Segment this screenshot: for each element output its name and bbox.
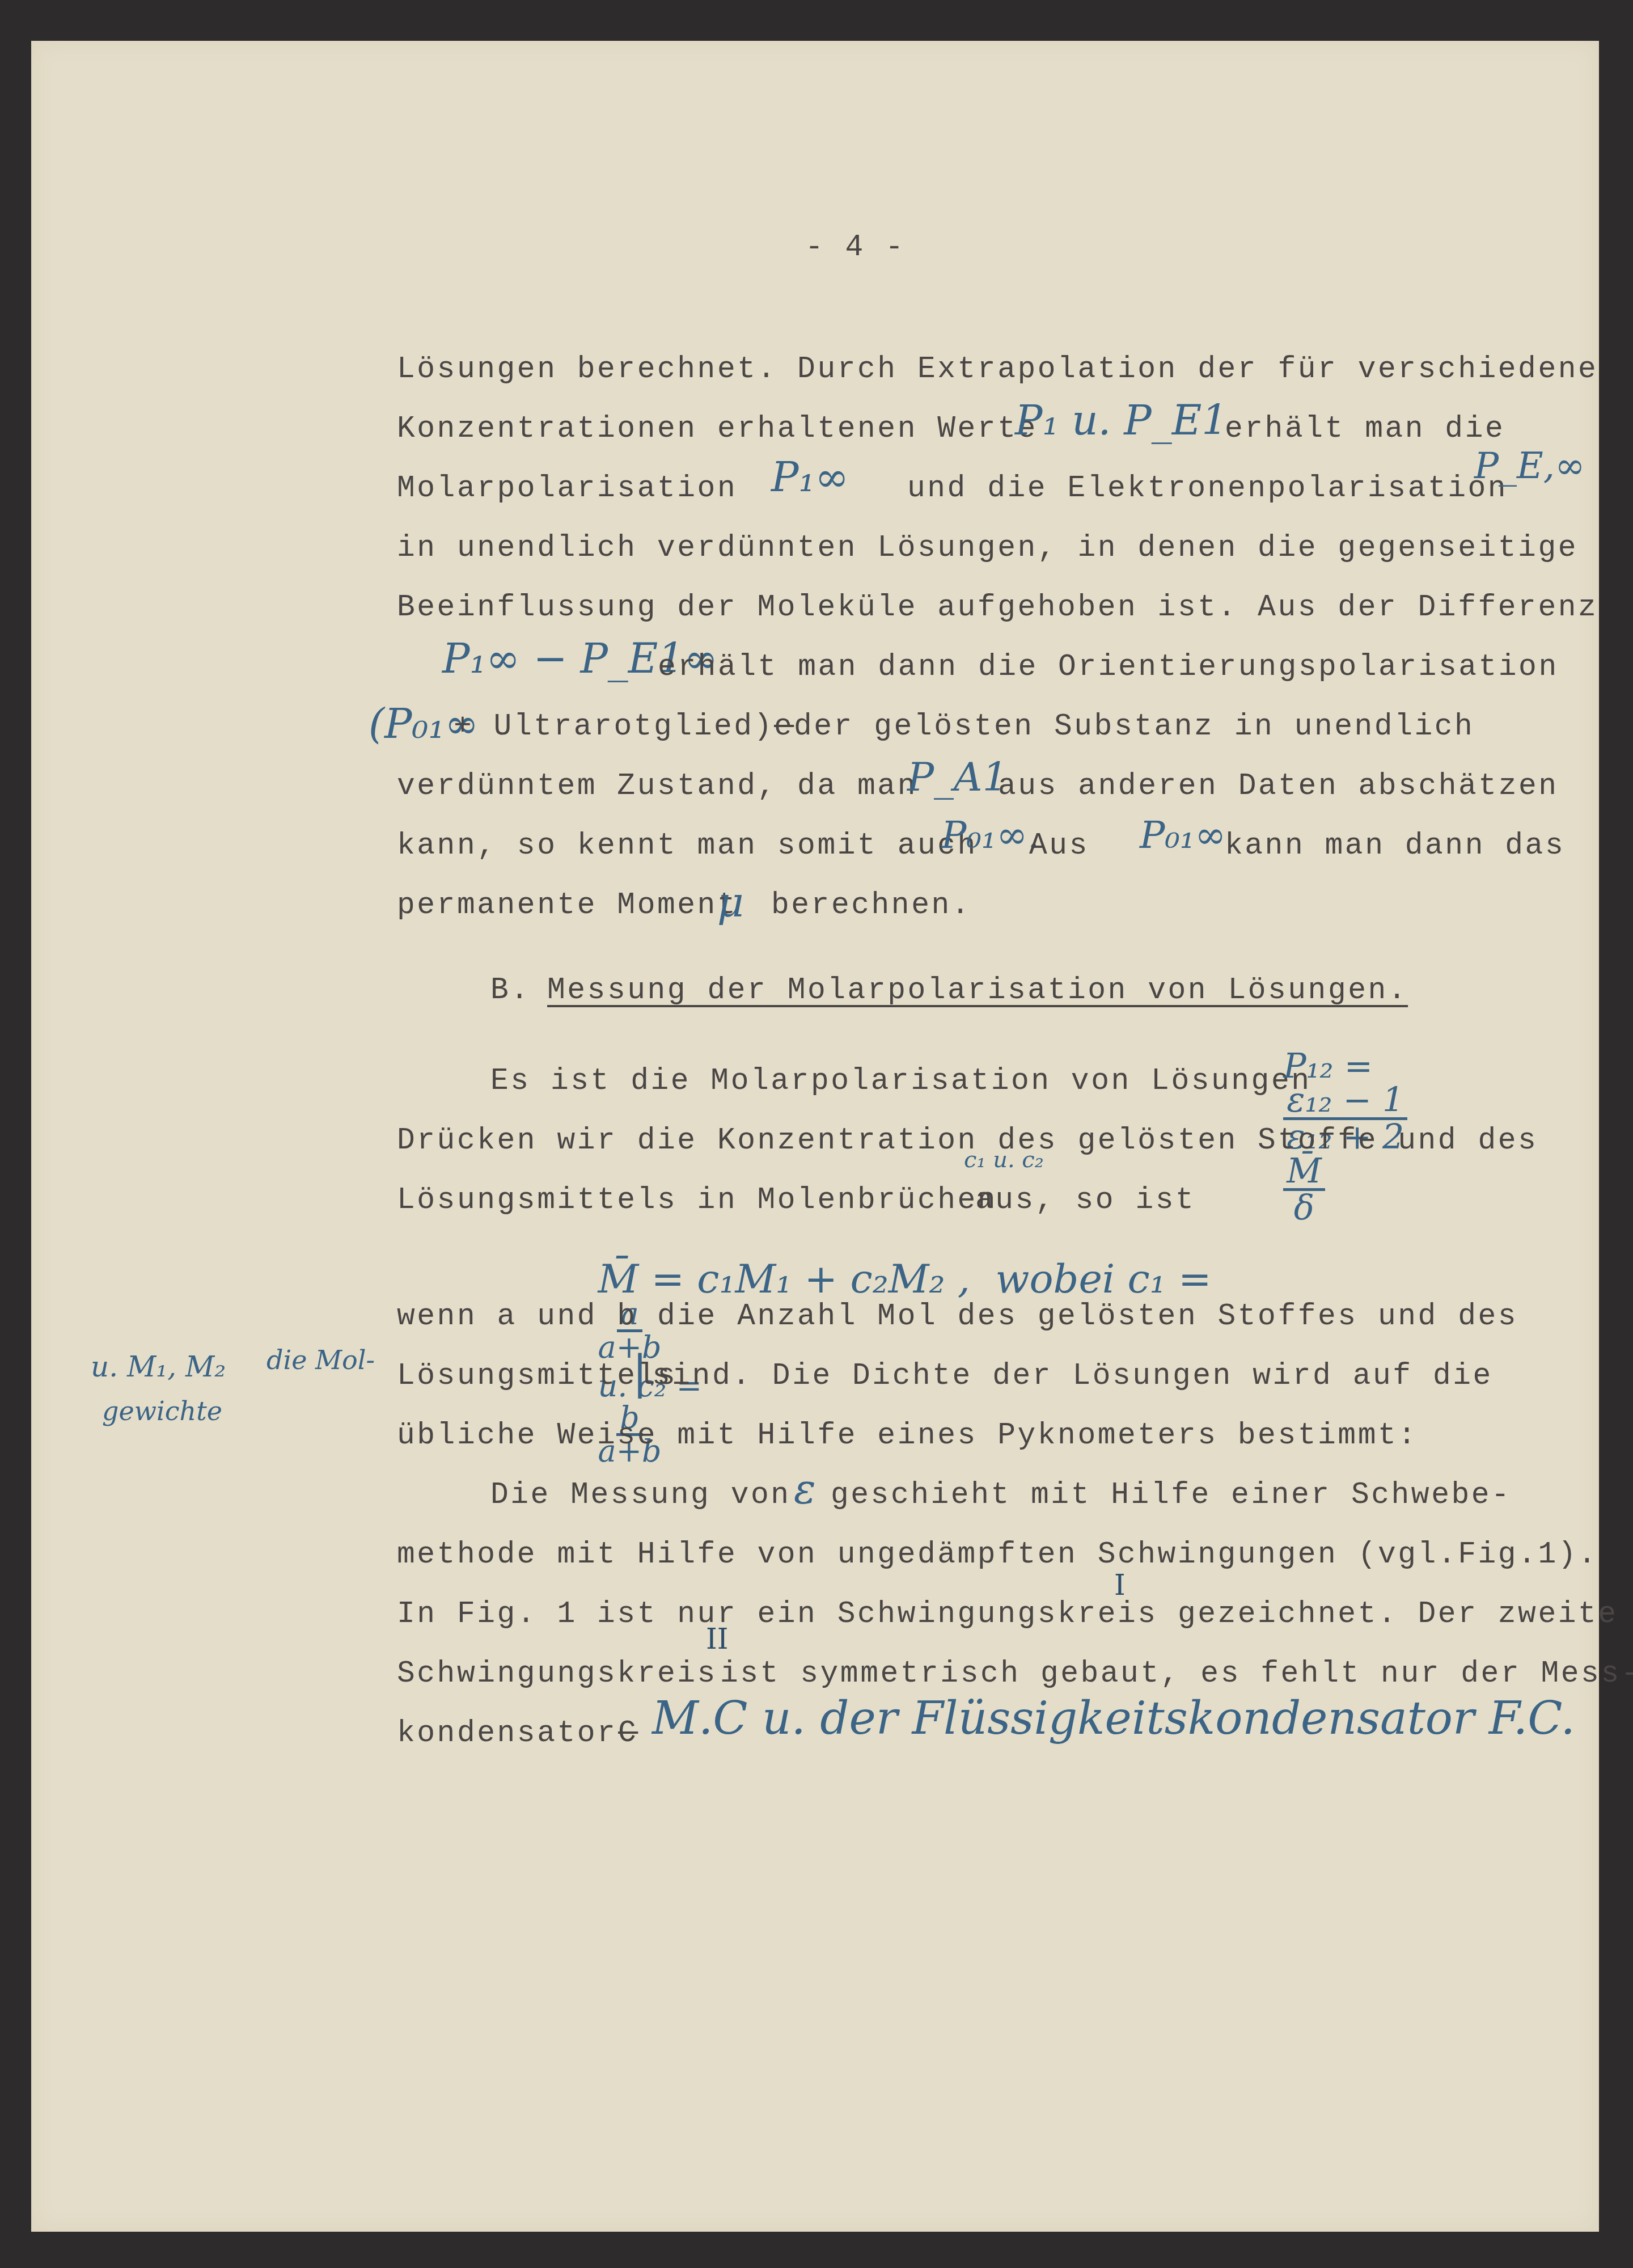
formula-P12-num: ε₁₂ − 1 xyxy=(1283,1083,1407,1120)
text-line-3b: und die Elektronenpolarisation xyxy=(907,474,1508,504)
text-line-4: in unendlich verdünnten Lösungen, in den… xyxy=(397,533,1578,563)
text-line-3a: Molarpolarisation xyxy=(397,474,737,504)
handwritten-epsilon: ε xyxy=(794,1469,816,1510)
insert-c1c2: c₁ u. c₂ xyxy=(964,1148,1044,1171)
handwritten-PA1: P_A1 xyxy=(907,757,1008,797)
insert-II: II xyxy=(706,1625,729,1653)
formula-P12: P₁₂ = ε₁₂ − 1 ε₁₂ + 2 M̄ δ xyxy=(1262,1015,1407,1225)
text-line-2a: Konzentrationen erhaltenen Werte xyxy=(397,414,1038,444)
formula-M-a-den: a+b xyxy=(598,1332,662,1363)
handwritten-P0inf-b: P₀₁∞ xyxy=(1140,817,1226,854)
text-line-6: erhält man dann die Orientierungspolaris… xyxy=(658,652,1559,682)
insert-I: I xyxy=(1114,1571,1126,1599)
formula-P12-mden: δ xyxy=(1294,1191,1314,1225)
formula-M-expr: M̄ = c₁M₁ + c₂M₂ , wobei c₁ = xyxy=(598,1256,1212,1302)
handwritten-P1-PE1: P₁ u. P_E1 xyxy=(1015,400,1228,441)
text-b-line-7a: Die Messung von xyxy=(490,1480,791,1510)
handwritten-ending: M.C u. der Flüssigkeitskondensator F.C. xyxy=(652,1696,1575,1741)
text-b-line-1: Es ist die Molarpolarisation von Lösunge… xyxy=(490,1066,1312,1096)
text-b-line-9: In Fig. 1 ist nur ein Schwingungskreis g… xyxy=(397,1599,1618,1629)
section-b-title: Messung der Molarpolarisation von Lösung… xyxy=(547,975,1408,1006)
text-b-line-11: kondensator xyxy=(397,1718,617,1748)
text-b-line-5b: sind. Die Dichte der Lösungen wird auf d… xyxy=(652,1361,1493,1391)
text-line-2b: erhält man die xyxy=(1225,414,1505,444)
text-b-line-3b: aus, so ist xyxy=(975,1185,1195,1215)
text-line-10b: berechnen. xyxy=(771,890,971,920)
text-b-line-10b: ist symmetrisch gebaut, es fehlt nur der… xyxy=(720,1659,1633,1689)
text-line-7a: + Ultrarotglied) xyxy=(454,712,774,742)
formula-P12-mnum: M̄ xyxy=(1283,1154,1325,1191)
margin-note-line1b: die Mol- xyxy=(266,1347,375,1373)
handwritten-PEinf: P_E,∞ xyxy=(1474,448,1585,484)
margin-note-line2: gewichte xyxy=(102,1398,222,1424)
section-b-prefix: B. xyxy=(490,975,531,1006)
text-b-line-6: übliche Weise mit Hilfe eines Pyknometer… xyxy=(397,1421,1418,1451)
text-line-10a: permanente Moment xyxy=(397,890,737,920)
text-line-8b: aus anderen Daten abschätzen xyxy=(998,771,1559,801)
text-b-line-8: methode mit Hilfe von ungedämpften Schwi… xyxy=(397,1540,1598,1570)
margin-note-line1a: u. M₁, M₂ xyxy=(91,1353,226,1381)
text-line-9b: Aus xyxy=(1029,831,1089,861)
text-line-1: Lösungen berechnet. Durch Extrapolation … xyxy=(397,354,1598,385)
text-line-5: Beeinflussung der Moleküle aufgehoben is… xyxy=(397,593,1598,623)
text-line-7b: der gelösten Substanz in unendlich xyxy=(794,712,1474,742)
text-b-line-3a: Lösungsmittels in Molenbrüchen xyxy=(397,1185,997,1215)
handwritten-P0inf-a: P₀₁∞. xyxy=(941,817,1039,854)
text-line-8a: verdünntem Zustand, da man xyxy=(397,771,917,801)
text-b-line-10a: Schwingungskreis xyxy=(397,1659,717,1689)
struck-letter: e xyxy=(774,712,794,742)
text-line-9a: kann, so kennt man somit auch xyxy=(397,831,978,861)
text-line-9c: kann man dann das xyxy=(1225,831,1565,861)
handwritten-mu: μ xyxy=(717,882,744,923)
formula-P12-frac2: M̄ δ xyxy=(1283,1154,1325,1225)
text-b-line-4: wenn a und b die Anzahl Mol des gelösten… xyxy=(397,1302,1518,1332)
page-number: - 4 - xyxy=(805,233,906,263)
insert-caret: | xyxy=(632,1350,648,1395)
handwritten-P1inf: P₁∞ xyxy=(771,457,849,497)
struck-Cx: C xyxy=(618,1718,638,1748)
text-b-line-7b: geschieht mit Hilfe einer Schwebe- xyxy=(831,1480,1511,1510)
